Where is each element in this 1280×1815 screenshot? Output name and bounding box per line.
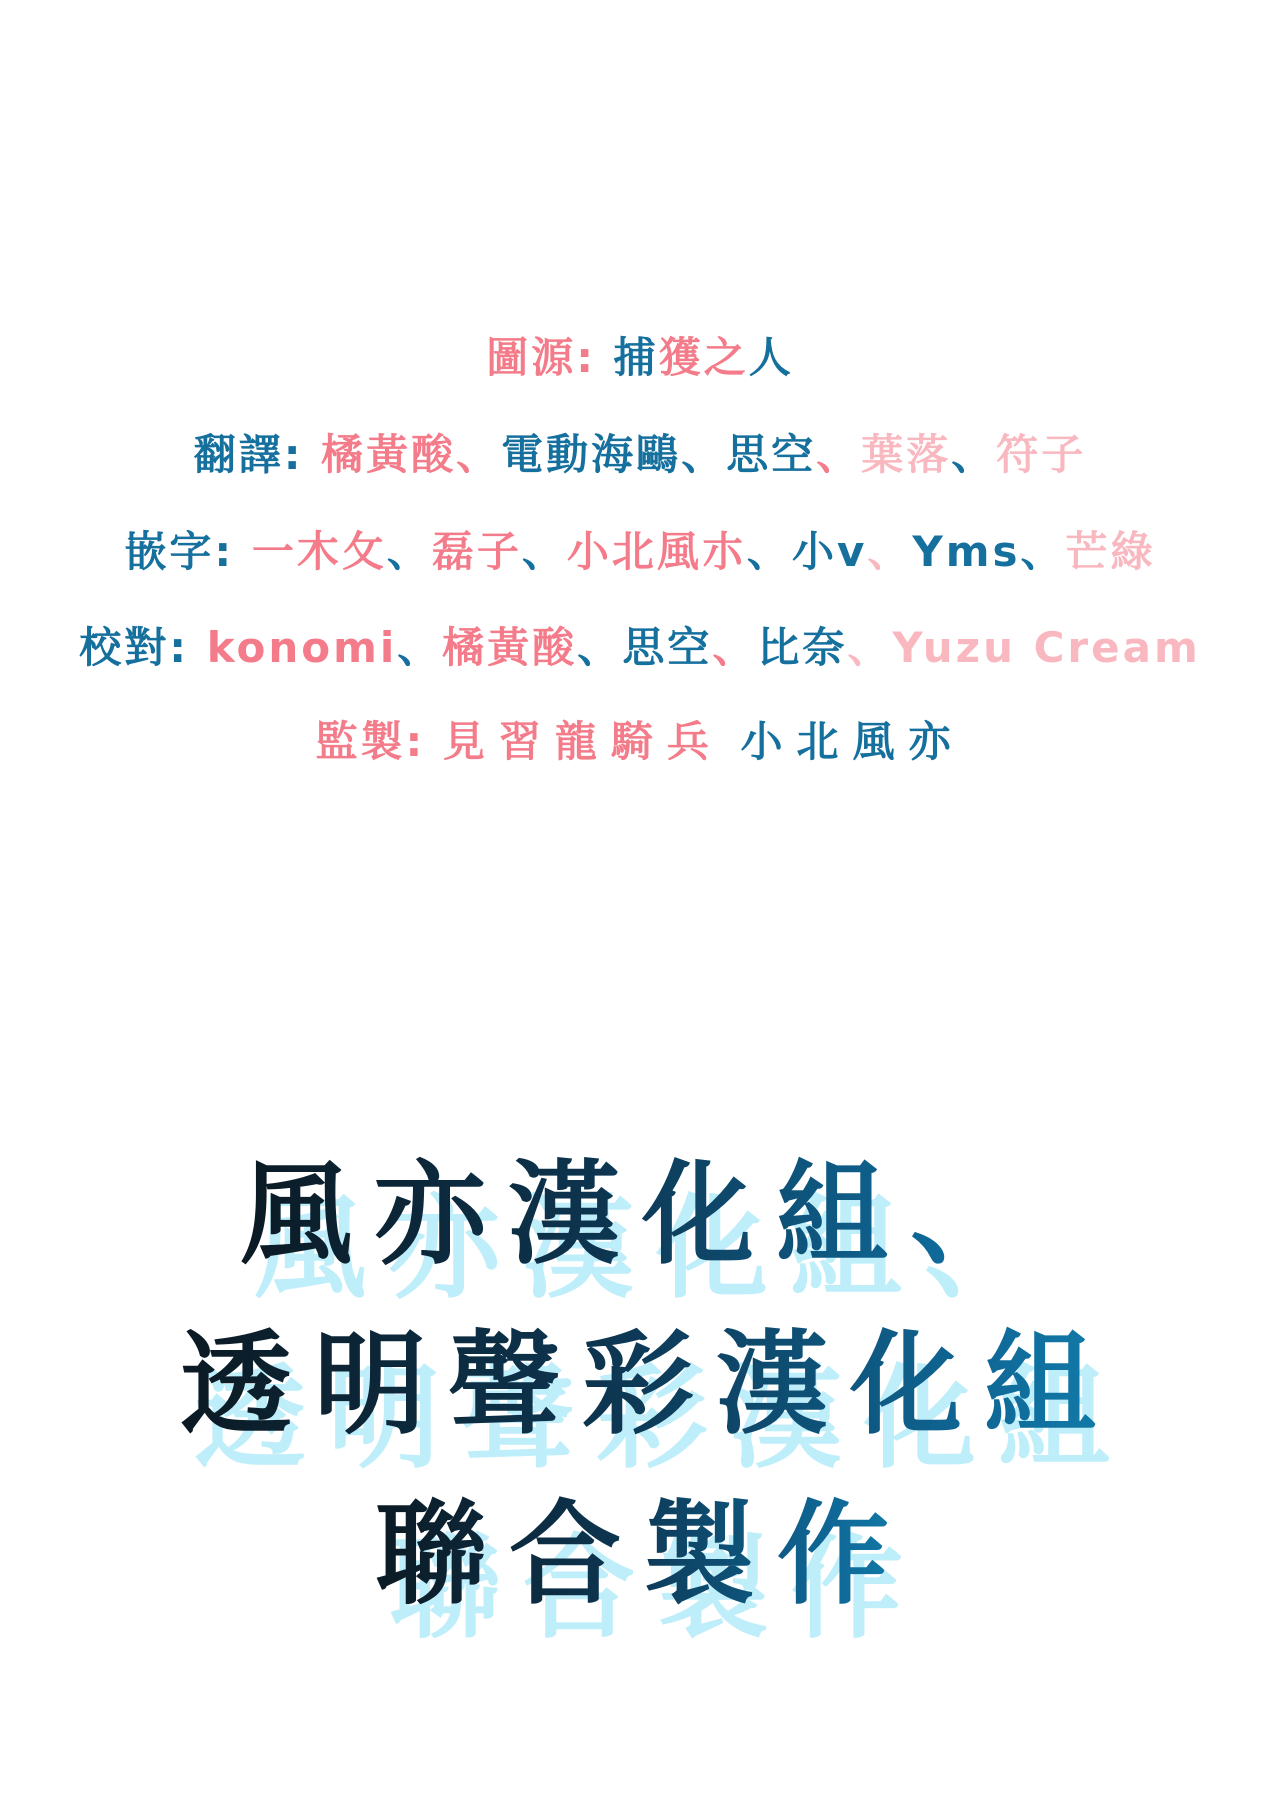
credit-name: 小v — [792, 527, 867, 576]
title-line-1: 風亦漢化組、 — [240, 1150, 1044, 1280]
separator: 、 — [456, 430, 501, 479]
credit-name: 獲 — [659, 333, 704, 382]
title-line-3: 聯合製作 — [375, 1490, 911, 1620]
credit-name: 芒綠 — [1066, 527, 1156, 576]
credit-label: 校對: — [79, 623, 189, 672]
credit-name: Yms — [912, 527, 1020, 576]
credit-name: 磊子 — [432, 527, 522, 576]
separator: 、 — [847, 623, 892, 672]
separator: 、 — [712, 623, 757, 672]
separator: 、 — [816, 430, 861, 479]
title-line-2: 透明聲彩漢化組 — [180, 1320, 1118, 1450]
credit-name: 電動海鷗 — [501, 430, 681, 479]
credit-name: 橘黃酸 — [321, 430, 456, 479]
credit-typesetting: 嵌字: 一木攵、磊子、小北風朩、小v、Yms、芒綠 — [0, 522, 1280, 582]
separator: 、 — [522, 527, 567, 576]
credit-name: 比奈 — [757, 623, 847, 672]
credit-source: 圖源: 捕獲之人 — [0, 328, 1280, 388]
separator: 、 — [397, 623, 442, 672]
credit-name: 人 — [749, 333, 794, 382]
credit-name: 見習龍騎兵 — [443, 717, 723, 766]
credit-name: 思空 — [726, 430, 816, 479]
credit-name: 小北風亦 — [741, 717, 965, 766]
separator: 、 — [867, 527, 912, 576]
credit-label: 翻譯: — [194, 430, 304, 479]
credit-name: 橘黃酸 — [442, 623, 577, 672]
credit-supervision: 監製: 見習龍騎兵 小北風亦 — [0, 712, 1280, 772]
credit-name: konomi — [207, 623, 398, 672]
credit-label: 圖源: — [486, 333, 596, 382]
credit-name: 符子 — [996, 430, 1086, 479]
separator: 、 — [747, 527, 792, 576]
credit-name: 葉落 — [861, 430, 951, 479]
separator: 、 — [681, 430, 726, 479]
credit-name: 思空 — [622, 623, 712, 672]
credit-label: 監製: — [315, 717, 425, 766]
separator: 、 — [951, 430, 996, 479]
credit-name: 之 — [704, 333, 749, 382]
credit-name: 一木攵 — [252, 527, 387, 576]
credit-name: Yuzu Cream — [892, 623, 1200, 672]
credit-proofreading: 校對: konomi、橘黃酸、思空、比奈、Yuzu Cream — [0, 618, 1280, 678]
separator: 、 — [1021, 527, 1066, 576]
credit-name: 小北風朩 — [567, 527, 747, 576]
separator: 、 — [577, 623, 622, 672]
credit-label: 嵌字: — [124, 527, 234, 576]
credit-name: 捕 — [614, 333, 659, 382]
separator: 、 — [387, 527, 432, 576]
credit-translation: 翻譯: 橘黃酸、電動海鷗、思空、葉落、符子 — [0, 425, 1280, 485]
